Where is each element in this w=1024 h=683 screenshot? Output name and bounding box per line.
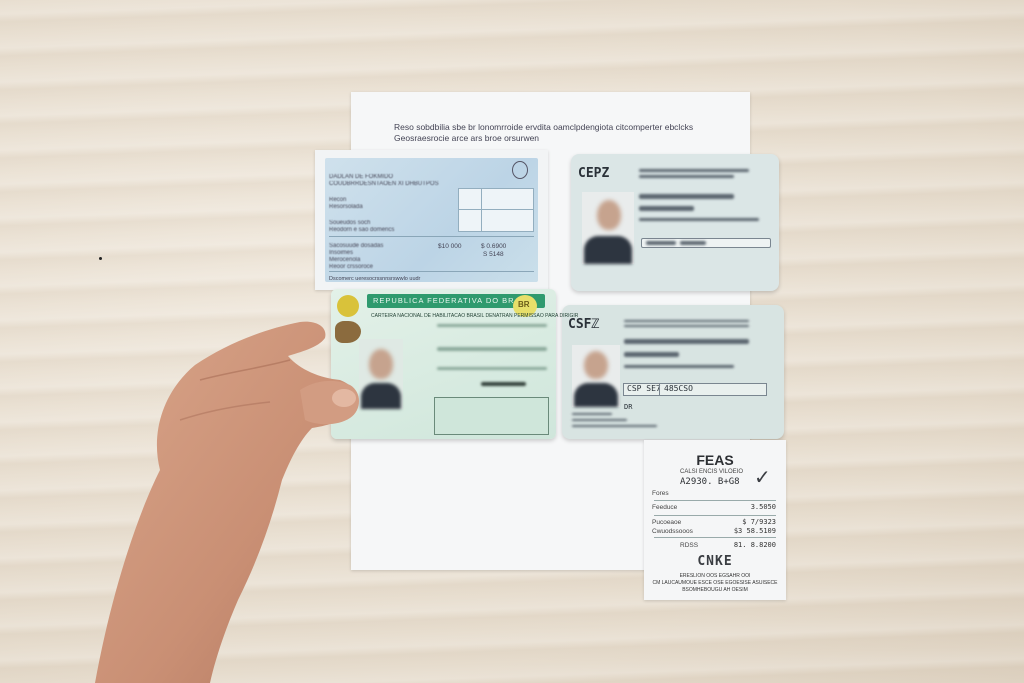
- receipt-row-4-value: 81. 8.8200: [734, 541, 776, 549]
- hand-palm: [95, 322, 357, 683]
- cnh-title: REPUBLICA FEDERATIVA DO BRASIL: [373, 296, 535, 305]
- receipt-row-2-value: $ 7/9323: [742, 518, 776, 526]
- receipt-code: A2930. B+G8: [680, 477, 740, 487]
- brazil-map-icon: [335, 321, 361, 343]
- form-footer: Dscomerc ueresocrssnnsrswwlo uudr: [329, 274, 420, 284]
- receipt-footer-1: ERESLION OOS EGSAHR OOI: [644, 573, 786, 579]
- form-box-grid: [458, 188, 534, 232]
- receipt-row-2-label: Pucoeaoe: [652, 519, 681, 526]
- cpf-number-left: CSP SE7: [627, 384, 661, 393]
- photo-top-card: [582, 192, 634, 264]
- cpf-card-bottom: CSFℤ CSP SE7 485CSO DR: [562, 305, 784, 439]
- letter-line-1: Reso sobdbilia sbe br lonomrroide ervdit…: [394, 122, 744, 132]
- fee-receipt: FEAS CALSI ENCIS VILOEIO A2930. B+G8 ✓ F…: [644, 440, 786, 600]
- blue-form-document: DADLAN DE FOKMIDO COUDBRRDESNTAOEN XI DH…: [315, 150, 548, 290]
- receipt-footer-2: CM LAUCAUMOUE ESCE OSE EGOESISE ASUISECE: [644, 580, 786, 586]
- form-divider-2: [329, 271, 534, 272]
- checkmark-icon: ✓: [754, 465, 771, 490]
- cnh-subtitle: CARTEIRA NACIONAL DE HABILITACAO BRASIL …: [371, 313, 578, 319]
- brazil-emblem-icon: [337, 295, 359, 317]
- receipt-row-4-label: RDSS: [680, 542, 698, 549]
- receipt-row-3-value: $3 58.5109: [734, 527, 776, 535]
- blue-form-panel: DADLAN DE FOKMIDO COUDBRRDESNTAOEN XI DH…: [325, 158, 538, 282]
- cpf-logo-top: CEPZ: [578, 166, 609, 181]
- form-divider: [329, 236, 534, 237]
- form-header-2: COUDBRRDESNTAOEN XI DHBUTPOS: [329, 179, 439, 189]
- cpf-card-top: CEPZ: [571, 154, 779, 291]
- receipt-row-1-value: 3.5050: [751, 503, 776, 511]
- receipt-subtitle: CALSI ENCIS VILOEIO: [680, 469, 743, 475]
- photo-bottom-card: [572, 345, 620, 407]
- receipt-row-0-label: Fores: [652, 490, 669, 497]
- cpf-number-right: 485CSO: [664, 384, 693, 393]
- cpf-logo-bottom: CSFℤ: [568, 317, 599, 332]
- receipt-stamp: CNKE: [644, 554, 786, 569]
- cpf-number-field-top: [641, 238, 771, 248]
- brazil-coat-of-arms-icon: [512, 161, 528, 179]
- cpf-number-field-bottom: CSP SE7 485CSO: [623, 383, 767, 396]
- receipt-row-3-label: Cwuodssooos: [652, 528, 693, 535]
- desk-speck: [99, 257, 102, 260]
- receipt-footer-3: BSOMHEBOUGU AH OESIM: [644, 587, 786, 593]
- photo-cnh-card: [359, 339, 403, 409]
- receipt-row-1-label: Feeduce: [652, 504, 677, 511]
- letter-line-2: Geosraesrocie arce ars broe orsurwen: [394, 133, 539, 143]
- cpf-small-code: DR: [624, 403, 632, 411]
- form-value-2: Reodorn e sao domerics: [329, 225, 394, 235]
- form-amount-3: S 5148: [483, 250, 504, 260]
- form-amount-1: $10 000: [438, 242, 462, 252]
- form-value-1: Resorsolada: [329, 202, 363, 212]
- cnh-driver-license-card: REPUBLICA FEDERATIVA DO BRASIL BR CARTEI…: [331, 289, 556, 439]
